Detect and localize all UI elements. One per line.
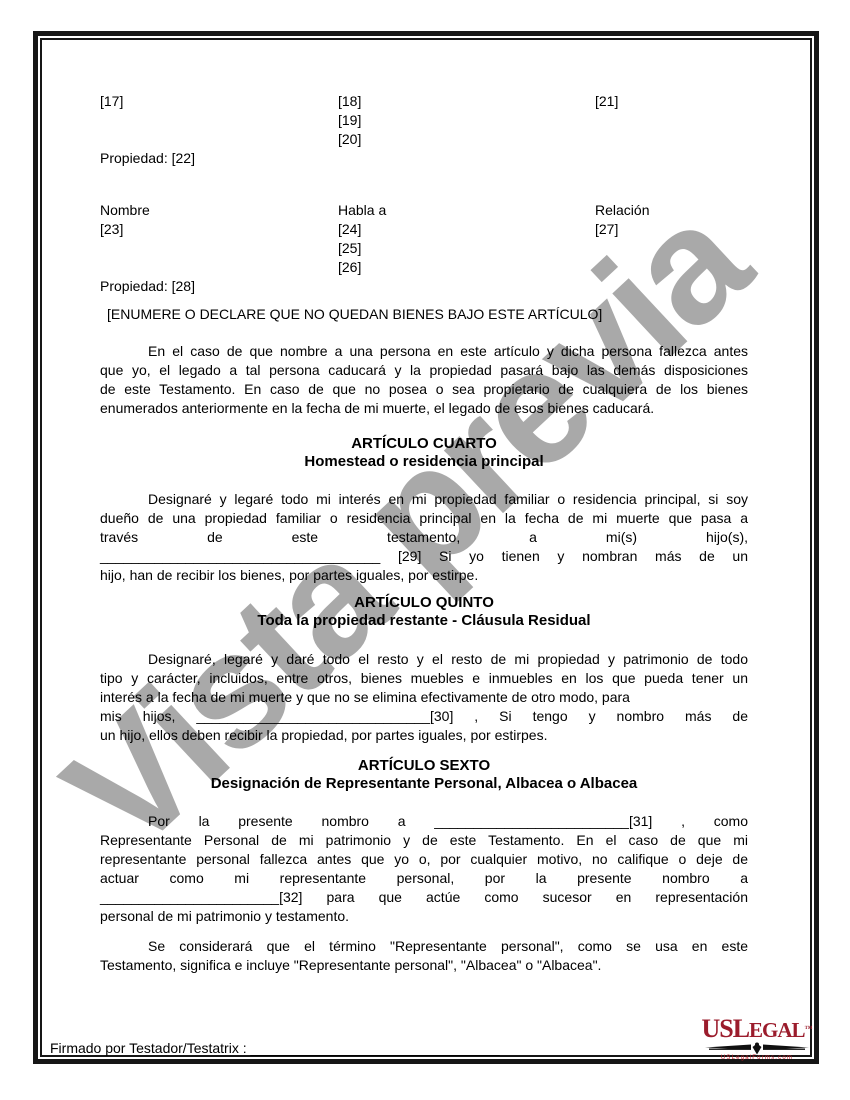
field-placeholder-26: [26] <box>338 258 361 277</box>
field-placeholder-18: [18] <box>338 92 361 111</box>
paragraph-lapse-clause: En el caso de que nombre a una persona e… <box>100 342 748 418</box>
paragraph-line: de este Testamento. En caso de que no po… <box>100 380 748 399</box>
paragraph-line-blank-31: Por la presente nombro a _______________… <box>100 812 748 831</box>
logo-wordmark: USLEGAL™ <box>699 1016 815 1043</box>
article-subtitle-quinto: Toda la propiedad restante - Cláusula Re… <box>100 612 748 630</box>
field-placeholder-25: [25] <box>338 239 361 258</box>
paragraph-personal-representative: Por la presente nombro a _______________… <box>100 812 748 926</box>
field-placeholder-19: [19] <box>338 111 361 130</box>
field-propiedad-28: Propiedad: [28] <box>100 277 195 296</box>
uslegal-logo: USLEGAL™ USLegalForms.com <box>699 1016 815 1062</box>
paragraph-line: enumerados anteriormente en la fecha de … <box>100 399 748 418</box>
article-subtitle-cuarto: Homestead o residencia principal <box>100 453 748 471</box>
paragraph-line-blank-30: mis hijos, _____________________________… <box>100 707 748 726</box>
article-title-sexto: ARTÍCULO SEXTO <box>100 757 748 775</box>
paragraph-line-blank-29: ____________________________________ [29… <box>100 547 748 566</box>
paragraph-line: representante personal fallezca antes qu… <box>100 850 748 869</box>
paragraph-term-definition: Se considerará que el término "Represent… <box>100 937 748 975</box>
paragraph-line: dueño de una propiedad familiar o reside… <box>100 509 748 528</box>
paragraph-line: personal de mi patrimonio y testamento. <box>100 907 748 926</box>
section-notice: [ENUMERE O DECLARE QUE NO QUEDAN BIENES … <box>107 306 602 322</box>
paragraph-homestead: Designaré y legaré todo mi interés en mi… <box>100 490 748 585</box>
field-placeholder-17: [17] <box>100 92 123 111</box>
logo-wordmark-large: USL <box>701 1014 749 1043</box>
paragraph-line: Se considerará que el término "Represent… <box>100 937 748 956</box>
field-placeholder-20: [20] <box>338 130 361 149</box>
field-placeholder-23: [23] <box>100 220 123 239</box>
document-page: Vista previa [17] [18] [21] [19] [20] Pr… <box>0 0 850 1100</box>
column-header-habla-a: Habla a <box>338 201 386 220</box>
paragraph-line: Designaré, legaré y daré todo el resto y… <box>100 650 748 669</box>
paragraph-line: hijo, han de recibir los bienes, por par… <box>100 566 748 585</box>
trademark-symbol: ™ <box>805 1024 813 1033</box>
article-title-cuarto: ARTÍCULO CUARTO <box>100 435 748 453</box>
article-title-quinto: ARTÍCULO QUINTO <box>100 594 748 612</box>
logo-wordmark-small: EGAL <box>749 1018 805 1042</box>
paragraph-line: actuar como mi representante personal, p… <box>100 869 748 888</box>
paragraph-line: que yo, el legado a tal persona caducará… <box>100 361 748 380</box>
paragraph-line: un hijo, ellos deben recibir la propieda… <box>100 726 748 745</box>
paragraph-line: interés a la fecha de mi muerte y que no… <box>100 688 748 707</box>
paragraph-line-blank-32: _______________________[32] para que act… <box>100 888 748 907</box>
paragraph-residual-clause: Designaré, legaré y daré todo el resto y… <box>100 650 748 745</box>
field-placeholder-21: [21] <box>595 92 618 111</box>
column-header-nombre: Nombre <box>100 201 150 220</box>
column-header-relacion: Relación <box>595 201 649 220</box>
paragraph-line: Representante Personal de mi patrimonio … <box>100 831 748 850</box>
field-propiedad-22: Propiedad: [22] <box>100 149 195 168</box>
paragraph-line: tipo y carácter, incluidos, entre otros,… <box>100 669 748 688</box>
field-placeholder-27: [27] <box>595 220 618 239</box>
paragraph-line: través de este testamento, a mi(s) hijo(… <box>100 528 748 547</box>
logo-tagline: USLegalForms.com <box>699 1055 815 1062</box>
paragraph-line: Testamento, significa e incluye "Represe… <box>100 956 748 975</box>
paragraph-line: Designaré y legaré todo mi interés en mi… <box>100 490 748 509</box>
paragraph-line: En el caso de que nombre a una persona e… <box>100 342 748 361</box>
article-subtitle-sexto: Designación de Representante Personal, A… <box>100 775 748 793</box>
signature-line: Firmado por Testador/Testatrix : _______… <box>50 1040 500 1056</box>
field-placeholder-24: [24] <box>338 220 361 239</box>
eagle-wings-icon <box>699 1042 815 1055</box>
